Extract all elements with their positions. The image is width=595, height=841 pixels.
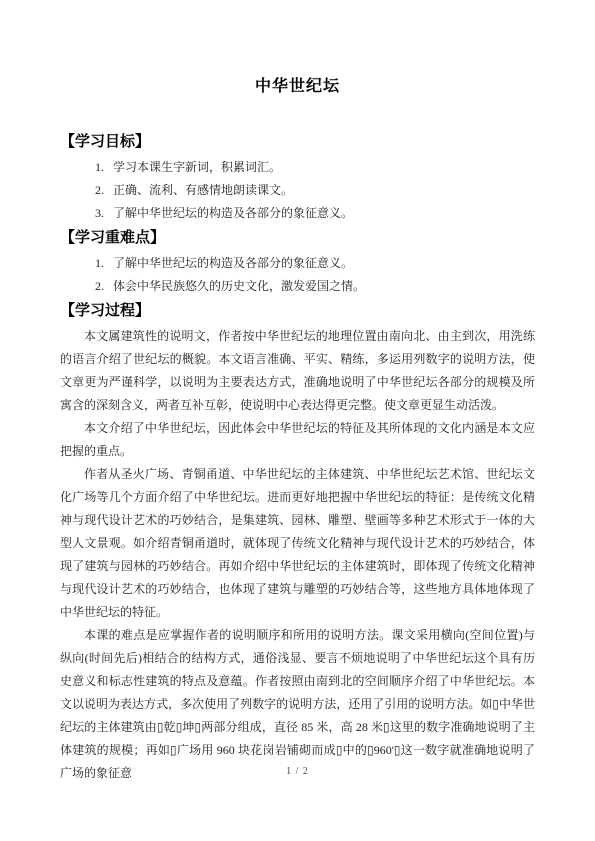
- item-text: 学习本课生字新词，积累词汇。: [113, 156, 535, 179]
- body-paragraph: 本文介绍了中华世纪坛，因此体会中华世纪坛的特征及其所体现的文化内涵是本文应把握的…: [60, 417, 535, 463]
- process-heading: 【学习过程】: [60, 300, 535, 323]
- item-text: 正确、流利、有感情地朗读课文。: [113, 179, 535, 202]
- list-item: 2. 体会中华民族悠久的历史文化，激发爱国之情。: [60, 275, 535, 298]
- body-paragraph: 本文属建筑性的说明文，作者按中华世纪坛的地理位置由南向北、由主到次，用洗练的语言…: [60, 325, 535, 417]
- key-points-section: 【学习重难点】 1. 了解中华世纪坛的构造及各部分的象征意义。 2. 体会中华民…: [60, 227, 535, 298]
- item-number: 1.: [95, 252, 104, 275]
- document-title: 中华世纪坛: [60, 77, 535, 97]
- body-paragraph: 作者从圣火广场、青铜甬道、中华世纪坛的主体建筑、中华世纪坛艺术馆、世纪坛文化广场…: [60, 463, 535, 624]
- item-number: 2.: [95, 275, 104, 298]
- learning-goals-heading: 【学习目标】: [60, 131, 535, 154]
- page-number: 1 / 2: [286, 766, 309, 777]
- list-item: 3. 了解中华世纪坛的构造及各部分的象征意义。: [60, 202, 535, 225]
- process-section: 【学习过程】 本文属建筑性的说明文，作者按中华世纪坛的地理位置由南向北、由主到次…: [60, 300, 535, 785]
- list-item: 1. 了解中华世纪坛的构造及各部分的象征意义。: [60, 252, 535, 275]
- key-points-heading: 【学习重难点】: [60, 227, 535, 250]
- body-paragraph: 本课的难点是应掌握作者的说明顺序和所用的说明方法。课文采用横向(空间位置)与纵向…: [60, 624, 535, 785]
- document-page: 中华世纪坛 【学习目标】 1. 学习本课生字新词，积累词汇。 2. 正确、流利、…: [0, 0, 595, 841]
- key-points-list: 1. 了解中华世纪坛的构造及各部分的象征意义。 2. 体会中华民族悠久的历史文化…: [60, 252, 535, 298]
- item-number: 3.: [95, 202, 104, 225]
- list-item: 2. 正确、流利、有感情地朗读课文。: [60, 179, 535, 202]
- list-item: 1. 学习本课生字新词，积累词汇。: [60, 156, 535, 179]
- item-text: 了解中华世纪坛的构造及各部分的象征意义。: [113, 202, 535, 225]
- item-number: 1.: [95, 156, 104, 179]
- learning-goals-section: 【学习目标】 1. 学习本课生字新词，积累词汇。 2. 正确、流利、有感情地朗读…: [60, 131, 535, 225]
- item-text: 体会中华民族悠久的历史文化，激发爱国之情。: [113, 275, 535, 298]
- page-footer: 1 / 2: [0, 766, 595, 778]
- item-number: 2.: [95, 179, 104, 202]
- item-text: 了解中华世纪坛的构造及各部分的象征意义。: [113, 252, 535, 275]
- learning-goals-list: 1. 学习本课生字新词，积累词汇。 2. 正确、流利、有感情地朗读课文。 3. …: [60, 156, 535, 225]
